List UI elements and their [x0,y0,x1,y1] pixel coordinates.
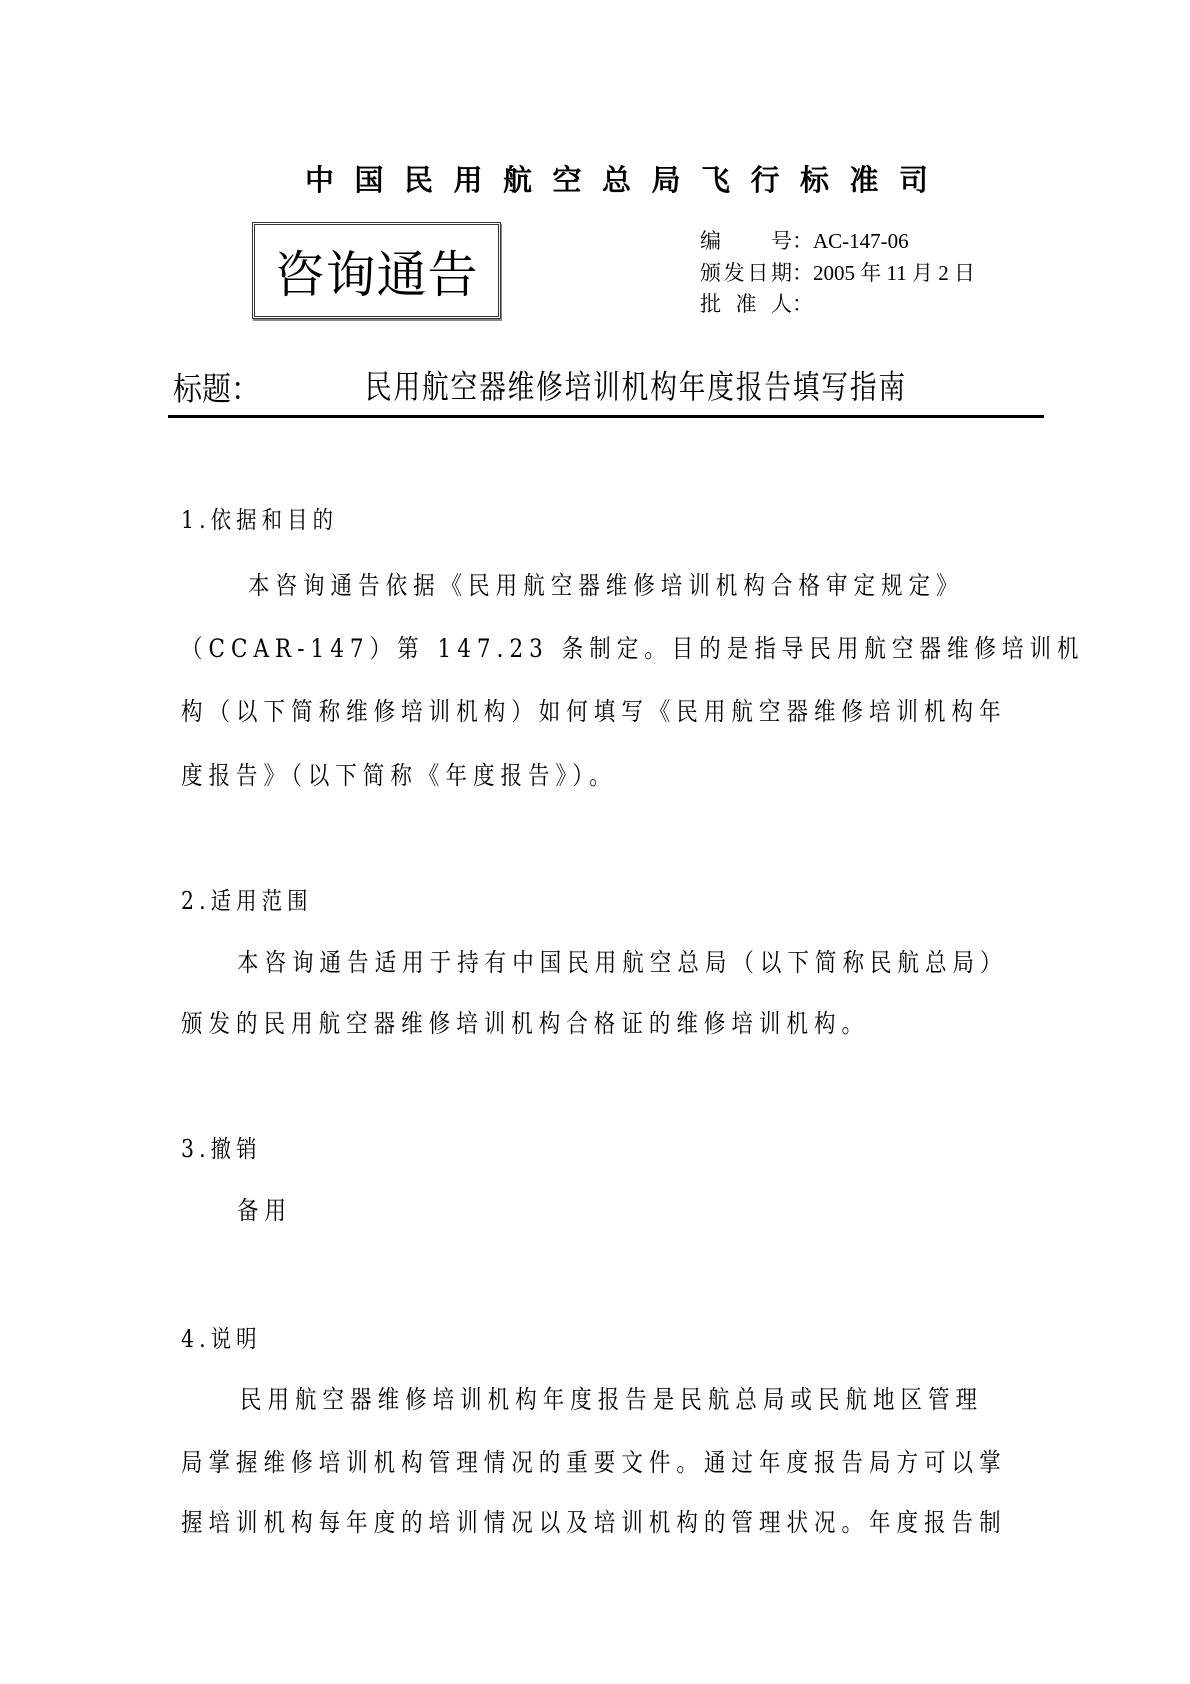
meta-approver-row: 批 准 人： [700,289,975,321]
paragraph-line: 颁发的民用航空器维修培训机构合格证的维修培训机构。 [181,1004,869,1040]
paragraph-line: 度报告》（以下简称《年度报告》）。 [181,756,617,792]
subject-label: 标题： [173,364,260,410]
document-type-label: 咨询通告 [275,235,479,307]
meta-number-label: 编号 [700,226,792,258]
paragraph-line: 备用 [237,1191,292,1227]
paragraph-line: 本咨询通告适用于持有中国民用航空总局（以下简称民航总局） [237,943,1008,979]
issuing-organization-title: 中国民用航空总局飞行标准司 [305,158,949,199]
paragraph-line: 民用航空器维修培训机构年度报告是民航总局或民航地区管理 [240,1380,983,1416]
document-meta: 编号：AC-147-06 颁发日期：2005 年 11 月 2 日 批 准 人： [700,226,975,321]
section-heading: 3.撤销 [181,1129,262,1164]
meta-number-value: ：AC-147-06 [792,229,909,253]
meta-approver-value: ： [792,292,813,316]
paragraph-line: 局掌握维修培训机构管理情况的重要文件。通过年度报告局方可以掌 [181,1443,1007,1479]
meta-approver-label: 批 准 人 [700,289,792,321]
paragraph-line: 握培训机构每年度的培训情况以及培训机构的管理状况。年度报告制 [181,1503,1007,1539]
paragraph-line: 构（以下简称维修培训机构）如何填写《民用航空器维修培训机构年 [181,692,1007,728]
section-heading: 2.适用范围 [181,881,313,916]
meta-issue-date-label: 颁发日期 [700,258,792,290]
header-divider [168,415,1044,418]
meta-issue-date-value: ：2005 年 11 月 2 日 [792,261,975,285]
document-type-box: 咨询通告 [252,222,501,319]
meta-number-row: 编号：AC-147-06 [700,226,975,258]
section-heading: 4.说明 [181,1319,262,1354]
subject-title: 民用航空器维修培训机构年度报告填写指南 [365,362,907,408]
paragraph-line: （CCAR-147）第 147.23 条制定。目的是指导民用航空器维修培训机 [181,629,1085,665]
meta-issue-date-row: 颁发日期：2005 年 11 月 2 日 [700,258,975,290]
section-heading: 1.依据和目的 [181,500,338,535]
paragraph-line: 本咨询通告依据《民用航空器维修培训机构合格审定规定》 [248,566,964,602]
